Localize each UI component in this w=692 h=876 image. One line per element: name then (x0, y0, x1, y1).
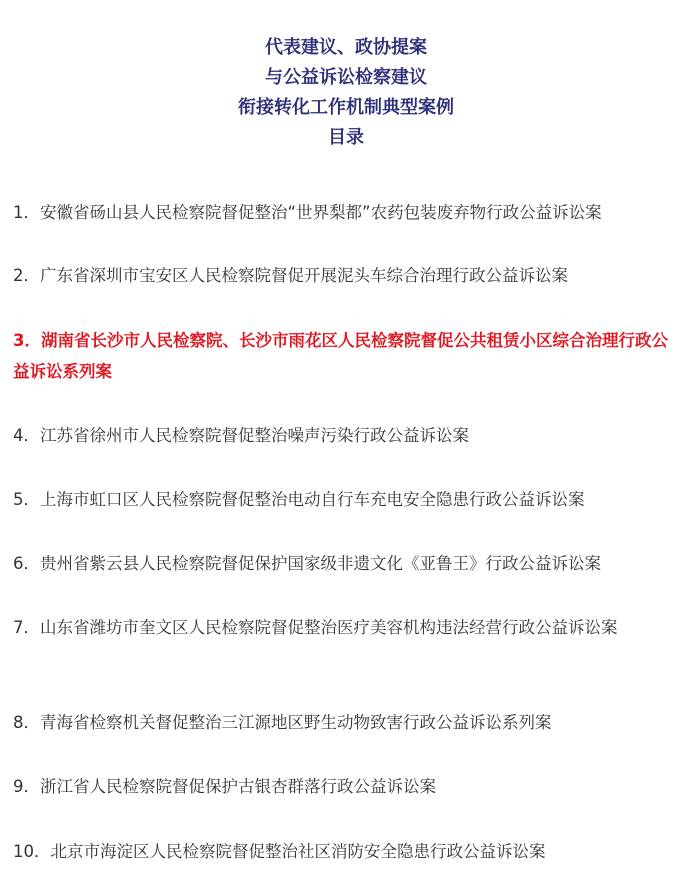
item-text: 湖南省长沙市人民检察院、长沙市雨花区人民检察院督促公共租赁小区综合治理行政公益诉… (13, 331, 668, 381)
item-number: 7． (13, 618, 40, 637)
item-text: 上海市虹口区人民检察院督促整治电动自行车充电安全隐患行政公益诉讼案 (40, 490, 585, 509)
toc-item-2: 2．广东省深圳市宝安区人民检察院督促开展泥头车综合治理行政公益诉讼案 (13, 260, 678, 291)
item-number: 8． (13, 713, 40, 732)
item-text: 浙江省人民检察院督促保护古银杏群落行政公益诉讼案 (40, 777, 436, 796)
toc-item-10: 10．北京市海淀区人民检察院督促整治社区消防安全隐患行政公益诉讼案 (13, 836, 678, 867)
item-text: 北京市海淀区人民检察院督促整治社区消防安全隐患行政公益诉讼案 (51, 842, 546, 861)
item-number: 4． (13, 426, 40, 445)
item-number: 6． (13, 554, 40, 573)
toc-item-5: 5．上海市虹口区人民检察院督促整治电动自行车充电安全隐患行政公益诉讼案 (13, 484, 678, 515)
toc-item-9: 9．浙江省人民检察院督促保护古银杏群落行政公益诉讼案 (13, 771, 678, 802)
item-text: 江苏省徐州市人民检察院督促整治噪声污染行政公益诉讼案 (40, 426, 469, 445)
item-number: 10． (13, 842, 51, 861)
item-number: 9． (13, 777, 40, 796)
item-number: 1． (13, 203, 40, 222)
toc-item-1: 1．安徽省砀山县人民检察院督促整治“世界梨都”农药包装废弃物行政公益诉讼案 (13, 197, 678, 228)
item-text: 安徽省砀山县人民检察院督促整治“世界梨都”农药包装废弃物行政公益诉讼案 (40, 203, 602, 222)
title-line-2: 与公益诉讼检察建议 (0, 63, 692, 93)
title-line-1: 代表建议、政协提案 (0, 33, 692, 63)
item-text: 青海省检察机关督促整治三江源地区野生动物致害行政公益诉讼系列案 (40, 713, 552, 732)
toc-item-8: 8．青海省检察机关督促整治三江源地区野生动物致害行政公益诉讼系列案 (13, 707, 678, 738)
item-text: 广东省深圳市宝安区人民检察院督促开展泥头车综合治理行政公益诉讼案 (40, 266, 568, 285)
item-number: 5． (13, 490, 40, 509)
toc-item-6: 6．贵州省紫云县人民检察院督促保护国家级非遗文化《亚鲁王》行政公益诉讼案 (13, 548, 678, 579)
item-number: 3． (13, 331, 41, 350)
title-line-3: 衔接转化工作机制典型案例 (0, 93, 692, 123)
toc-item-4: 4．江苏省徐州市人民检察院督促整治噪声污染行政公益诉讼案 (13, 420, 678, 451)
toc-item-3-highlighted: 3．湖南省长沙市人民检察院、长沙市雨花区人民检察院督促公共租赁小区综合治理行政公… (13, 325, 678, 387)
toc-item-7: 7．山东省潍坊市奎文区人民检察院督促整治医疗美容机构违法经营行政公益诉讼案 (13, 612, 678, 643)
toc-heading: 目录 (0, 123, 692, 153)
document-header: 代表建议、政协提案 与公益诉讼检察建议 衔接转化工作机制典型案例 目录 (0, 33, 692, 153)
item-number: 2． (13, 266, 40, 285)
item-text: 山东省潍坊市奎文区人民检察院督促整治医疗美容机构违法经营行政公益诉讼案 (40, 618, 618, 637)
item-text: 贵州省紫云县人民检察院督促保护国家级非遗文化《亚鲁王》行政公益诉讼案 (40, 554, 601, 573)
